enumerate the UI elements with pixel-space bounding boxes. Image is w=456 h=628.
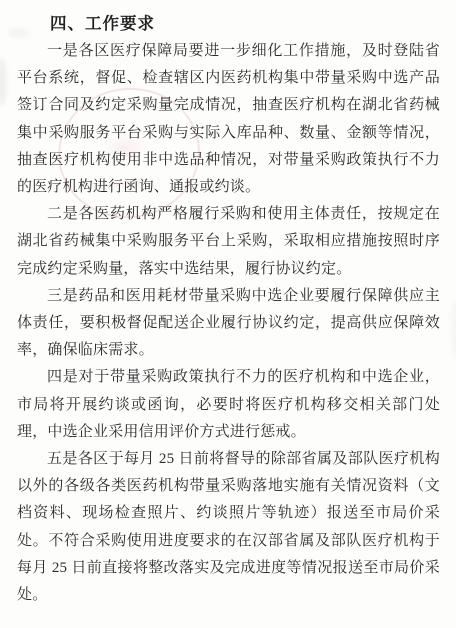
document-body: 四、工作要求 一是各区医疗保障局要进一步细化工作措施，及时登陆省平台系统，督促、… (17, 11, 440, 609)
paragraph-2: 二是各医药机构严格履行采购和使用主体责任，按规定在湖北省药械集中采购服务平台上采… (17, 201, 440, 283)
section-heading: 四、工作要求 (17, 11, 440, 38)
paragraph-3: 三是药品和医用耗材带量采购中选企业要履行保障供应主体责任，要积极督促配送企业履行… (17, 283, 440, 365)
paragraph-4: 四是对于带量采购政策执行不力的医疗机构和中选企业，市局将开展约谈或函询，必要时将… (17, 364, 440, 446)
scanned-document-page: 四、工作要求 一是各区医疗保障局要进一步细化工作措施，及时登陆省平台系统，督促、… (0, 0, 456, 628)
scan-smudge (451, 300, 456, 360)
scan-smudge (0, 58, 7, 106)
paragraph-5: 五是各区于每月 25 日前将督导的除部省属及部队医疗机构以外的各级各类医药机构带… (17, 446, 440, 609)
paragraph-1: 一是各区医疗保障局要进一步细化工作措施，及时登陆省平台系统，督促、检查辖区内医药… (17, 38, 440, 201)
